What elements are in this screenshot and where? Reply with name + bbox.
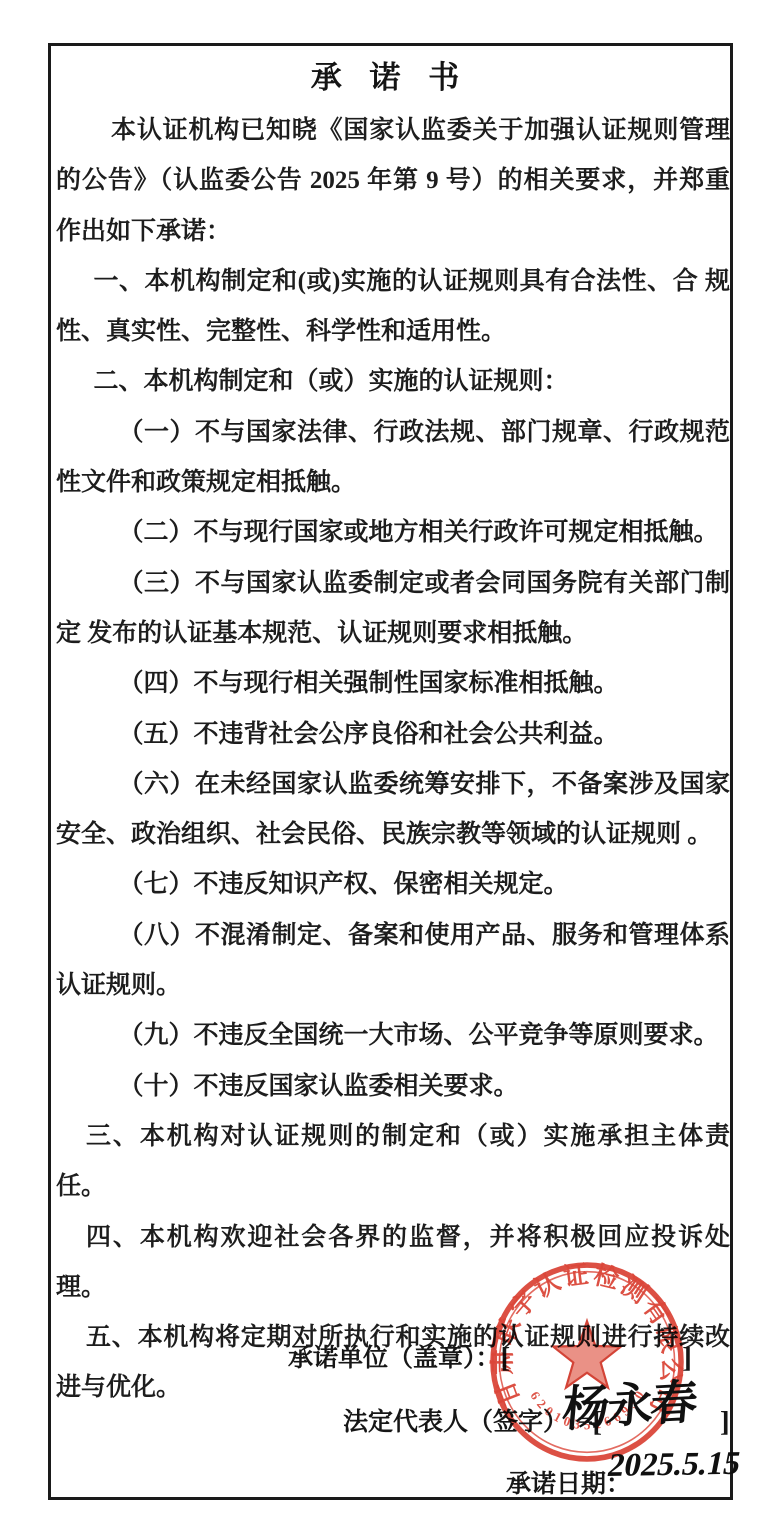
unit-seal-label: 承诺单位（盖章）： xyxy=(288,1345,501,1372)
paragraph: （五）不违背社会公序良俗和社会公共利益。 xyxy=(56,710,730,760)
paragraph: （一）不与国家法律、行政法规、部门规章、行政规范性文件和政策规定相抵触。 xyxy=(56,408,730,509)
paragraph: 三、本机构对认证规则的制定和（或）实施承担主体责任。 xyxy=(56,1112,730,1213)
paragraph: （三）不与国家认监委制定或者会同国务院有关部门制定 发布的认证基本规范、认证规则… xyxy=(56,559,730,660)
bracket-close: ] xyxy=(720,1406,730,1438)
paragraph: （四）不与现行相关强制性国家标准相抵触。 xyxy=(56,659,730,709)
paragraph: （二）不与现行国家或地方相关行政许可规定相抵触。 xyxy=(56,508,730,558)
handwritten-date: 2025.5.15 xyxy=(604,1446,743,1485)
document-title: 承 诺 书 xyxy=(0,52,780,97)
paragraph: 一、本机构制定和(或)实施的认证规则具有合法性、合 规性、真实性、完整性、科学性… xyxy=(56,257,730,358)
document-body: 本认证机构已知晓《国家认监委关于加强认证规则管理的公告》（认监委公告 2025 … xyxy=(56,106,730,1414)
paragraph: （七）不违反知识产权、保密相关规定。 xyxy=(56,860,730,910)
paragraph: （十）不违反国家认监委相关要求。 xyxy=(56,1062,730,1112)
paragraph: 二、本机构制定和（或）实施的认证规则： xyxy=(56,357,730,407)
paragraph: 本认证机构已知晓《国家认监委关于加强认证规则管理的公告》（认监委公告 2025 … xyxy=(56,106,730,257)
paragraph: （九）不违反全国统一大市场、公平竞争等原则要求。 xyxy=(56,1011,730,1061)
commitment-letter-page: 承 诺 书 本认证机构已知晓《国家认监委关于加强认证规则管理的公告》（认监委公告… xyxy=(0,0,780,1537)
paragraph: （六）在未经国家认监委统筹安排下，不备案涉及国家安全、政治组织、社会民俗、民族宗… xyxy=(56,760,730,861)
paragraph: （八）不混淆制定、备案和使用产品、服务和管理体系认证规则。 xyxy=(56,911,730,1012)
handwritten-signature: 杨永春 xyxy=(560,1365,698,1439)
